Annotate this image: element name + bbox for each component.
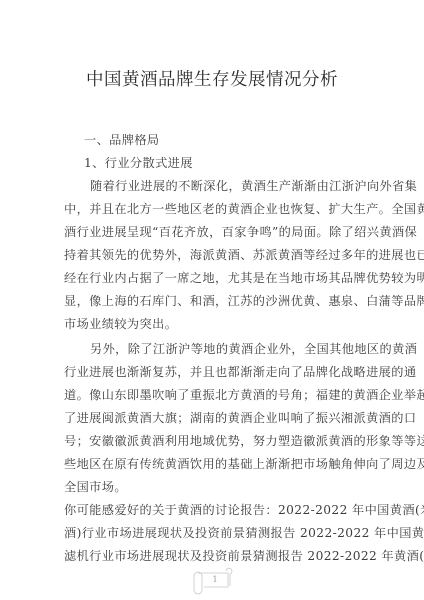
page-number: 1 (190, 575, 240, 584)
text-line: 行业进展也渐渐复苏，并且也都渐渐走向了品牌化战略进展的通 (64, 363, 360, 380)
text-line: 些地区在原有传统黄酒饮用的基础上渐渐把市场触角伸向了周边及 (64, 455, 360, 472)
text-line: 持着其领先的优势外，海派黄酒、苏派黄酒等经过多年的进展也已 (64, 246, 360, 263)
text-line: 酒)行业市场进展现状及投资前景猜测报告 2022-2022 年中国黄酒压 (64, 524, 360, 541)
subsection-heading: 1、行业分散式进展 (84, 154, 193, 171)
text-line: 市场业绩较为突出。 (64, 315, 360, 332)
text-line: 中，并且在北方一些地区老的黄酒企业也恢复、扩大生产。全国黄 (64, 200, 360, 217)
text-line: 号；安徽徽派黄酒利用地域优势，努力塑造徽派黄酒的形象等等这 (64, 432, 360, 449)
text-line: 了进展闽派黄酒大旗；湖南的黄酒企业叫响了振兴湘派黄酒的口 (64, 409, 360, 426)
text-line: 全国市场。 (64, 478, 360, 495)
text-line: 道。像山东即墨吹响了重振北方黄酒的号角；福建的黄酒企业举起 (64, 386, 360, 403)
page-footer: 1 (190, 567, 240, 597)
text-line: 你可能感爱好的关于黄酒的讨论报告：2022-2022 年中国黄酒(米 (64, 501, 360, 518)
text-line: 酒行业进展呈现“百花齐放，百家争鸣”的局面。除了绍兴黄酒保 (64, 223, 360, 240)
section-heading: 一、品牌格局 (84, 131, 160, 148)
text-line: 经在行业内占据了一席之地，尤其是在当地市场其品牌优势较为明 (64, 269, 360, 286)
text-line: 另外，除了江浙沪等地的黄酒企业外，全国其他地区的黄酒 (90, 340, 360, 357)
text-line: 显，像上海的石库门、和酒，江苏的沙洲优黄、惠泉、白蒲等品牌 (64, 292, 360, 309)
text-line: 滤机行业市场进展现状及投资前景猜测报告 2022-2022 年黄酒(米 (64, 547, 360, 564)
text-line: 随着行业进展的不断深化，黄酒生产渐渐由江浙沪向外省集 (90, 177, 360, 194)
page-title: 中国黄酒品牌生存发展情况分析 (0, 66, 424, 91)
